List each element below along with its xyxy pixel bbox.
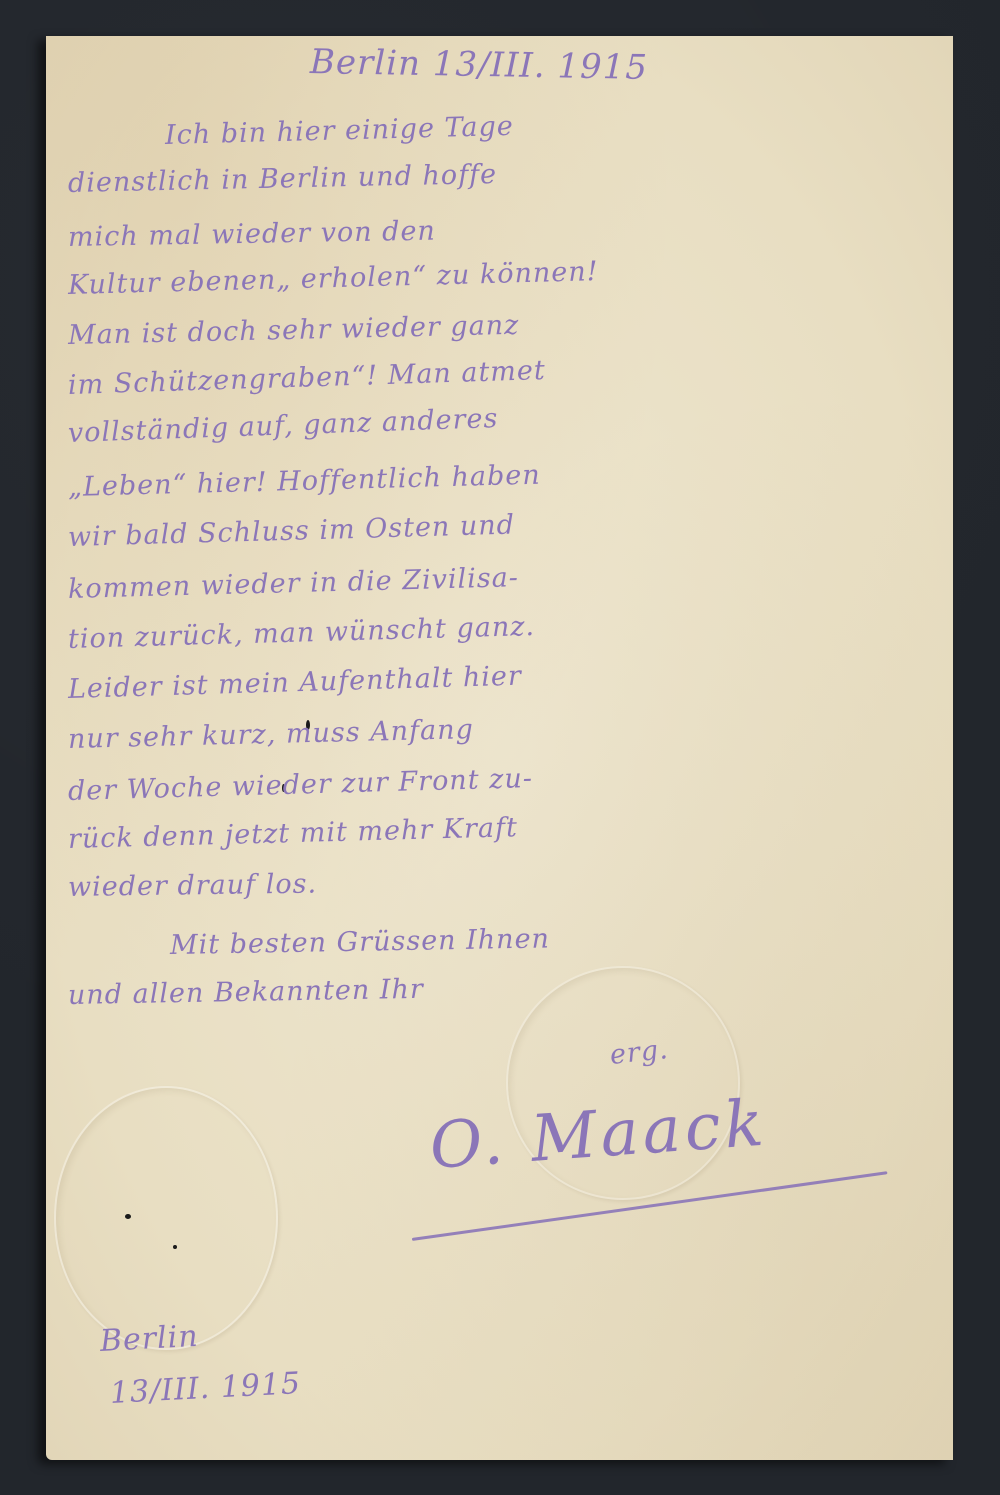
footer-date: 13/III. 1915	[109, 1360, 303, 1418]
embossed-stamp-circle	[54, 1086, 278, 1350]
ink-speck	[125, 1214, 131, 1219]
footer-place: Berlin	[99, 1313, 200, 1366]
body-line: wieder drauf los.	[68, 869, 317, 903]
body-line: Mit besten Grüssen Ihnen	[170, 923, 550, 961]
body-line: mich mal wieder von den	[68, 216, 436, 253]
header-date: Berlin 13/III. 1915	[310, 42, 649, 88]
body-line: und allen Bekannten Ihr	[68, 974, 424, 1011]
closing-text: erg.	[608, 1034, 670, 1071]
ink-speck	[173, 1245, 177, 1249]
